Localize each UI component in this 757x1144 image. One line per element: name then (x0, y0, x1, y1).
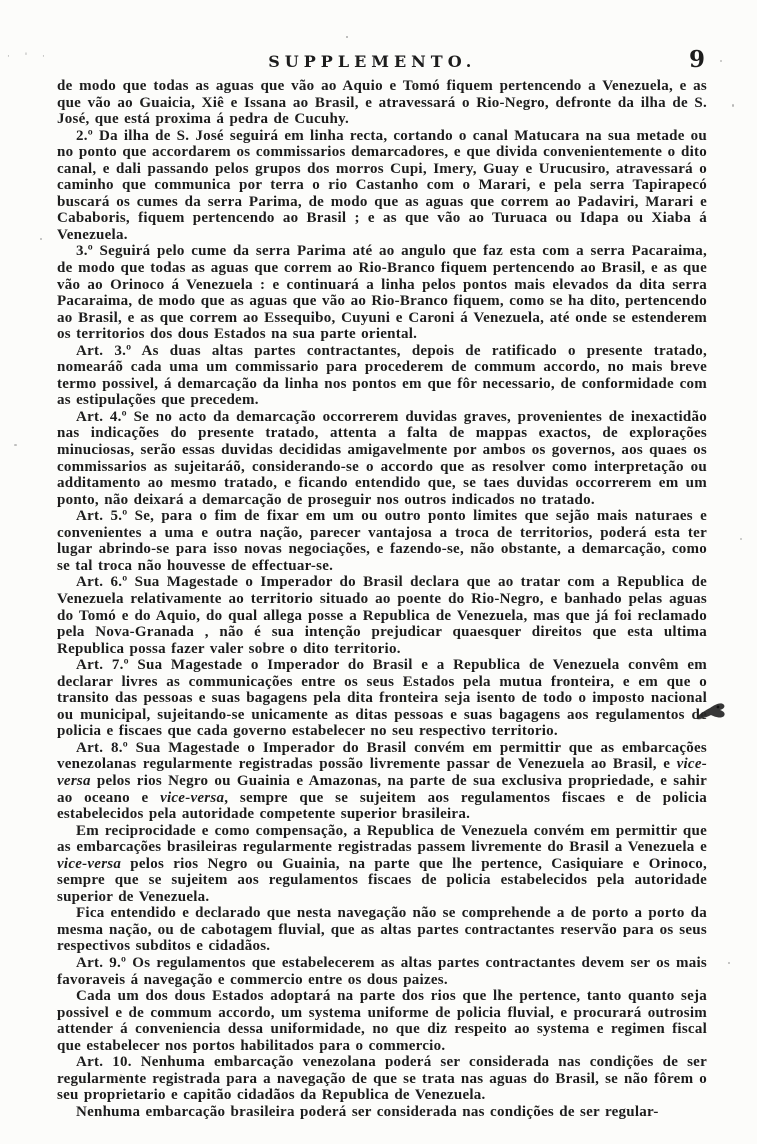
paragraph-art-6: Art. 6.º Sua Magestade o Imperador do Br… (57, 574, 707, 657)
paragraph-clause-2: 2.º Da ilha de S. José seguirá em linha … (57, 128, 707, 244)
paper-speck (120, 1074, 122, 1076)
paragraph-art-10-brazilian: Nenhuma embarcação brasileira poderá ser… (57, 1104, 707, 1121)
scanned-document-page: · ' · SUPPLEMENTO. 9 de modo que todas a… (0, 0, 757, 1144)
page-header: SUPPLEMENTO. 9 (0, 46, 757, 76)
paper-speck (14, 444, 17, 446)
paper-speck (720, 60, 722, 62)
paper-speck (40, 238, 42, 240)
document-body: de modo que todas as aguas que vão ao Aq… (57, 78, 707, 1120)
paragraph-clause-3: 3.º Seguirá pelo cume da serra Parima at… (57, 243, 707, 342)
paragraph-art-8-reciprocity: Em reciprocidade e como compensação, a R… (57, 823, 707, 906)
paragraph-art-9-river-police: Cada um dos dous Estados adoptará na par… (57, 988, 707, 1054)
paper-speck (740, 538, 742, 540)
page-number: 9 (689, 46, 705, 73)
paragraph-art-3: Art. 3.º As duas altas partes contractan… (57, 343, 707, 409)
paragraph-art-8: Art. 8.º Sua Magestade o Imperador do Br… (57, 740, 707, 823)
paper-speck (732, 104, 734, 107)
paragraph-art-4: Art. 4.º Se no acto da demarcação occorr… (57, 409, 707, 508)
paragraph-art-7: Art. 7.º Sua Magestade o Imperador do Br… (57, 657, 707, 740)
paragraph-continuation: de modo que todas as aguas que vão ao Aq… (57, 78, 707, 128)
paragraph-art-5: Art. 5.º Se, para o fim de fixar em um o… (57, 508, 707, 574)
paragraph-art-8-cabotage: Fica entendido e declarado que nesta nav… (57, 905, 707, 955)
paper-speck (660, 1030, 662, 1032)
paper-speck (728, 962, 730, 964)
paper-speck (420, 1112, 422, 1114)
paper-speck (346, 36, 348, 38)
ink-blot-stain (696, 700, 728, 724)
paragraph-art-9: Art. 9.º Os regulamentos que estabelecer… (57, 955, 707, 988)
running-title: SUPPLEMENTO. (268, 52, 476, 71)
paragraph-art-10: Art. 10. Nenhuma embarcação venezolana p… (57, 1054, 707, 1104)
